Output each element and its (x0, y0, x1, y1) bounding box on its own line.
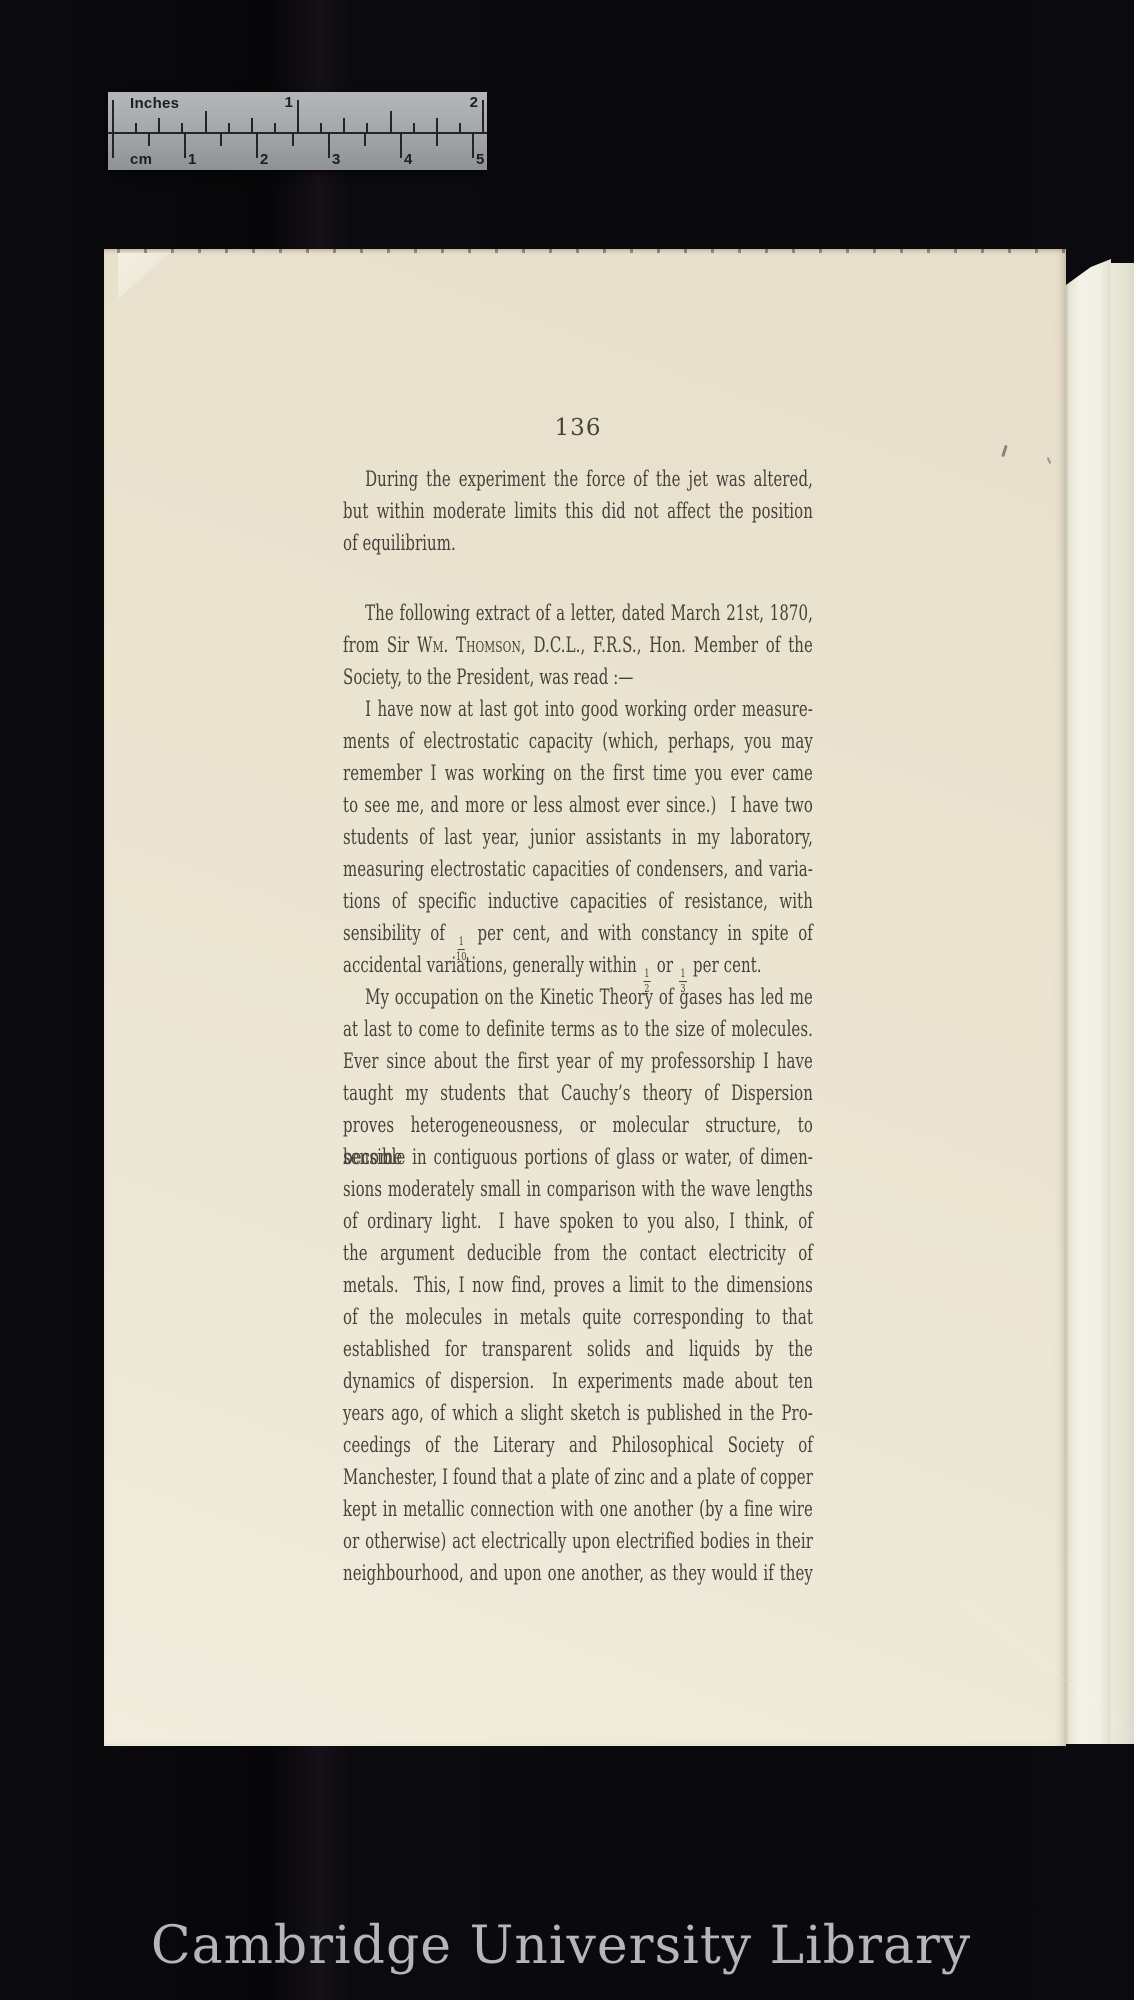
text-line: at last to come to definite terms as to … (343, 1013, 813, 1045)
text-line: the argument deducible from the contact … (343, 1237, 813, 1269)
ruler-inches-label: Inches (130, 95, 179, 112)
text-line: taught my students that Cauchy’s theory … (343, 1077, 813, 1109)
text-line: sions moderately small in comparison wit… (343, 1173, 813, 1205)
ruler-number: 5 (476, 151, 484, 168)
ruler-tick (328, 134, 330, 158)
ruler-tick (228, 123, 230, 132)
ruler-tick (148, 134, 150, 146)
ruler-number: 3 (332, 151, 340, 168)
book-page-stack: 136 During the experiment the force of t… (104, 247, 1134, 1746)
small-caps-text: m (432, 633, 443, 657)
text-line: accidental variations, generally within … (343, 949, 813, 981)
text-line: proves heterogeneousness, or molecular s… (343, 1109, 813, 1141)
text-line: years ago, of which a slight sketch is p… (343, 1397, 813, 1429)
text-line: dynamics of dispersion. In experiments m… (343, 1365, 813, 1397)
body-text: During the experiment the force of the j… (343, 463, 813, 1589)
ruler-tick (482, 100, 484, 132)
text-line: of the molecules in metals quite corresp… (343, 1301, 813, 1333)
text-line: ceedings of the Literary and Philosophic… (343, 1429, 813, 1461)
ruler-number: 4 (404, 151, 412, 168)
text-line: of ordinary light. I have spoken to you … (343, 1205, 813, 1237)
text-line: kept in metallic connection with one ano… (343, 1493, 813, 1525)
paragraph: During the experiment the force of the j… (343, 463, 813, 559)
text-line: to see me, and more or less almost ever … (343, 789, 813, 821)
text-segment: per cent. (688, 953, 761, 977)
text-line: measuring electrostatic capacities of co… (343, 853, 813, 885)
text-line: I have now at last got into good working… (343, 693, 813, 725)
text-line: established for transparent solids and l… (343, 1333, 813, 1365)
text-segment: from Sir W (343, 633, 432, 657)
text-segment: per cent, and with constancy in spite of (468, 921, 813, 945)
paragraph: I have now at last got into good working… (343, 693, 813, 981)
text-line: Society, to the President, was read :— (343, 661, 813, 693)
text-line: metals. This, I now find, proves a limit… (343, 1269, 813, 1301)
ruler-tick (205, 111, 207, 132)
text-line: ments of electrostatic capacity (which, … (343, 725, 813, 757)
text-segment: sensibility of (343, 921, 455, 945)
ruler-tick (112, 134, 114, 158)
ruler: Inches 12 12345 cm (108, 92, 487, 170)
deckle-edge (104, 249, 1066, 253)
small-caps-text: homson (466, 633, 521, 657)
ruler-tick (364, 134, 366, 146)
ruler-tick (251, 118, 253, 132)
text-segment: accidental variations, generally within (343, 953, 642, 977)
text-line: students of last year, junior assistants… (343, 821, 813, 853)
text-segment: . T (443, 633, 466, 657)
ruler-number: 2 (462, 94, 478, 111)
ruler-tick (343, 118, 345, 132)
ruler-tick (400, 134, 402, 158)
paragraph: My occupation on the Kinetic Theory of g… (343, 981, 813, 1589)
ruler-tick (256, 134, 258, 158)
ruler-tick (436, 134, 438, 146)
text-line: from Sir Wm. Thomson, D.C.L., F.R.S., Ho… (343, 629, 813, 661)
ruler-number: 2 (260, 151, 268, 168)
ruler-tick (135, 123, 137, 132)
page-number: 136 (343, 415, 813, 441)
ruler-tick (320, 123, 322, 132)
scanned-page: 136 During the experiment the force of t… (104, 249, 1066, 1746)
text-segment: or (652, 953, 678, 977)
ruler-tick (158, 118, 160, 132)
text-line: remember I was working on the first time… (343, 757, 813, 789)
page-blemish (1047, 457, 1052, 464)
ruler-tick (274, 123, 276, 132)
ruler-tick (459, 123, 461, 132)
text-column: During the experiment the force of the j… (343, 463, 813, 1589)
ruler-number: 1 (188, 151, 196, 168)
text-line: My occupation on the Kinetic Theory of g… (343, 981, 813, 1013)
corner-fold (118, 253, 170, 299)
text-line: The following extract of a letter, dated… (343, 597, 813, 629)
text-line: Ever since about the first year of my pr… (343, 1045, 813, 1077)
ruler-tick (181, 123, 183, 132)
text-line: or otherwise) act electrically upon elec… (343, 1525, 813, 1557)
ruler-divider (108, 132, 487, 134)
paragraph: The following extract of a letter, dated… (343, 597, 813, 693)
ruler-cm-label: cm (130, 151, 152, 168)
ruler-tick (292, 134, 294, 146)
ruler-tick (413, 123, 415, 132)
ruler-tick (220, 134, 222, 146)
text-line: sensibility of 110 per cent, and with co… (343, 917, 813, 949)
text-segment: , D.C.L., F.R.S., Hon. Member of the (521, 633, 813, 657)
ruler-tick (297, 100, 299, 132)
text-line: tions of specific inductive capacities o… (343, 885, 813, 917)
text-line: During the experiment the force of the j… (343, 463, 813, 495)
text-line: Manchester, I found that a plate of zinc… (343, 1461, 813, 1493)
ruler-tick (390, 111, 392, 132)
ruler-number: 1 (277, 94, 293, 111)
library-watermark: Cambridge University Library (0, 1916, 1122, 1976)
page-block-fore-edge (1066, 259, 1111, 1744)
ruler-tick (436, 118, 438, 132)
ruler-tick (112, 100, 114, 132)
page-blemish (1001, 445, 1008, 457)
ruler-tick (366, 123, 368, 132)
page-block-outer-edge (1111, 263, 1134, 1744)
ruler-tick (184, 134, 186, 158)
text-line: neighbourhood, and upon one another, as … (343, 1557, 813, 1589)
ruler-tick (472, 134, 474, 158)
text-line: sensible in contiguous portions of glass… (343, 1141, 813, 1173)
text-line: of equilibrium. (343, 527, 813, 559)
text-line: but within moderate limits this did not … (343, 495, 813, 527)
